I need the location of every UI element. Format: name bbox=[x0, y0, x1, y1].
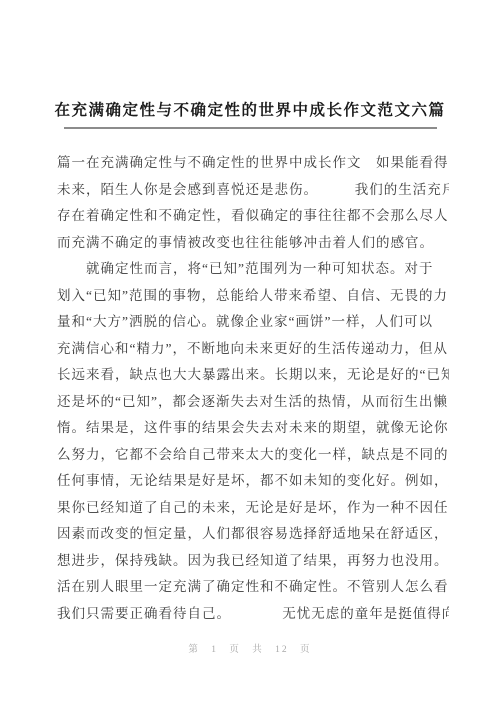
body-line: 存在着确定性和不确定性，看似确定的事往往都不会那么尽人意， bbox=[57, 203, 449, 230]
body-line: 任何事情，无论结果是好是坏，都不如未知的变化好。例如，如 bbox=[57, 468, 449, 495]
body-line: 果你已经知道了自己的未来，无论是好是坏，作为一种不因任何 bbox=[57, 495, 449, 522]
body-line: 量和“大方”洒脱的信心。就像企业家“画饼”一样，人们可以 bbox=[57, 309, 449, 336]
body-line: 篇一在充满确定性与不确定性的世界中成长作文 如果能看得清 bbox=[57, 150, 449, 177]
body-line: 划入“已知”范围的事物，总能给人带来希望、自信、无畏的力 bbox=[57, 283, 449, 310]
body-line: 充满信心和“精力”，不断地向未来更好的生活传递动力，但从 bbox=[57, 336, 449, 363]
document-body: 篇一在充满确定性与不确定性的世界中成长作文 如果能看得清 未来，陌生人你是会感到… bbox=[57, 150, 449, 627]
body-line: 想进步，保持残缺。因为我已经知道了结果，再努力也没用。生 bbox=[57, 548, 449, 575]
body-line: 因素而改变的恒定量，人们都很容易选择舒适地呆在舒适区，不 bbox=[57, 521, 449, 548]
page-number-footer: 第 1 页 共 12 页 bbox=[0, 641, 500, 655]
body-line: 长远来看，缺点也大大暴露出来。长期以来，无论是好的“已知” bbox=[57, 362, 449, 389]
body-line: 活在别人眼里一定充满了确定性和不确定性。不管别人怎么看， bbox=[57, 574, 449, 601]
body-line: 惰。结果是，这件事的结果会失去对未来的期望，就像无论你多 bbox=[57, 415, 449, 442]
body-line: 未来，陌生人你是会感到喜悦还是悲伤。 我们的生活充斥 bbox=[57, 177, 449, 204]
document-title: 在充满确定性与不确定性的世界中成长作文范文六篇 bbox=[0, 98, 500, 120]
body-line: 就确定性而言，将“已知”范围列为一种可知状态。对于 bbox=[57, 256, 449, 283]
body-line: 么努力，它都不会给自己带来太大的变化一样，缺点是不同的。 bbox=[57, 442, 449, 469]
title-divider bbox=[64, 127, 437, 129]
body-line: 而充满不确定的事情被改变也往往能够冲击着人们的感官。 bbox=[57, 230, 449, 257]
body-line: 还是坏的“已知”，都会逐渐失去对生活的热情，从而衍生出懒 bbox=[57, 389, 449, 416]
document-page: 在充满确定性与不确定性的世界中成长作文范文六篇 篇一在充满确定性与不确定性的世界… bbox=[0, 0, 500, 707]
body-line: 我们只需要正确看待自己。 无忧无虑的童年是挺值得向往怀 bbox=[57, 601, 449, 628]
